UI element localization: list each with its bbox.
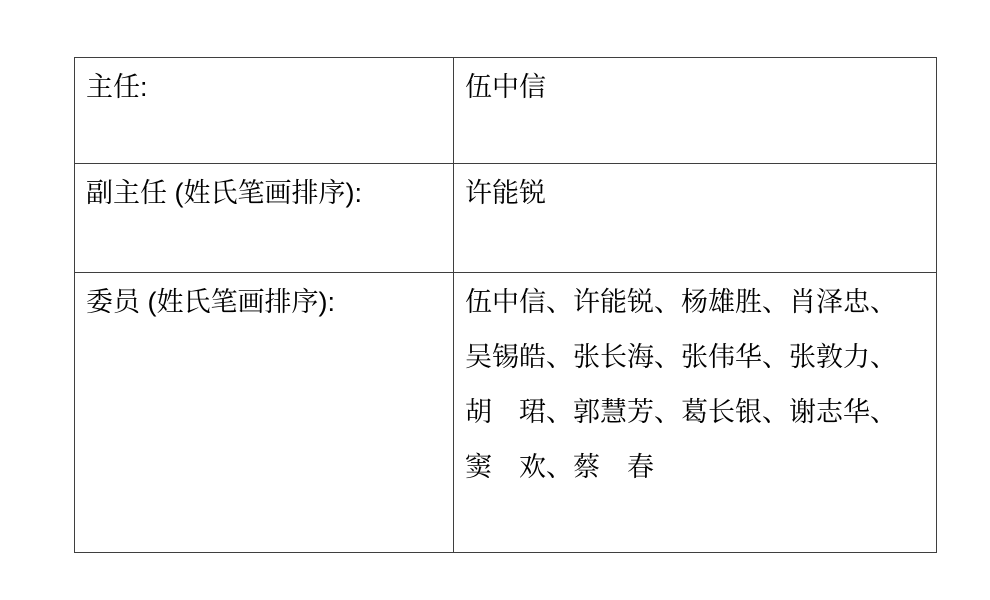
table-row: 委员 (姓氏笔画排序): 伍中信、许能锐、杨雄胜、肖泽忠、 吴锡皓、张长海、张伟… <box>75 273 937 553</box>
member-names-line: 伍中信、许能锐、杨雄胜、肖泽忠、 <box>465 285 926 340</box>
committee-table: 主任: 伍中信 副主任 (姓氏笔画排序): 许能锐 委员 (姓氏笔画排序): 伍… <box>74 57 937 553</box>
deputy-director-label-cell: 副主任 (姓氏笔画排序): <box>75 164 454 273</box>
member-names-line: 胡 珺、郭慧芳、葛长银、谢志华、 <box>465 395 926 450</box>
deputy-director-label: 副主任 (姓氏笔画排序): <box>86 178 362 208</box>
director-value-cell: 伍中信 <box>454 58 937 164</box>
director-label: 主任: <box>86 72 148 102</box>
members-value-cell: 伍中信、许能锐、杨雄胜、肖泽忠、 吴锡皓、张长海、张伟华、张敦力、 胡 珺、郭慧… <box>454 273 937 553</box>
members-label: 委员 (姓氏笔画排序): <box>86 287 335 317</box>
director-name: 伍中信 <box>465 72 546 102</box>
director-label-cell: 主任: <box>75 58 454 164</box>
deputy-director-value-cell: 许能锐 <box>454 164 937 273</box>
deputy-director-name: 许能锐 <box>465 178 546 208</box>
member-names-line: 吴锡皓、张长海、张伟华、张敦力、 <box>465 340 926 395</box>
table-row: 副主任 (姓氏笔画排序): 许能锐 <box>75 164 937 273</box>
document-page: 主任: 伍中信 副主任 (姓氏笔画排序): 许能锐 委员 (姓氏笔画排序): 伍… <box>0 0 990 600</box>
members-label-cell: 委员 (姓氏笔画排序): <box>75 273 454 553</box>
table-row: 主任: 伍中信 <box>75 58 937 164</box>
member-names-line: 窦 欢、蔡 春 <box>465 450 926 505</box>
